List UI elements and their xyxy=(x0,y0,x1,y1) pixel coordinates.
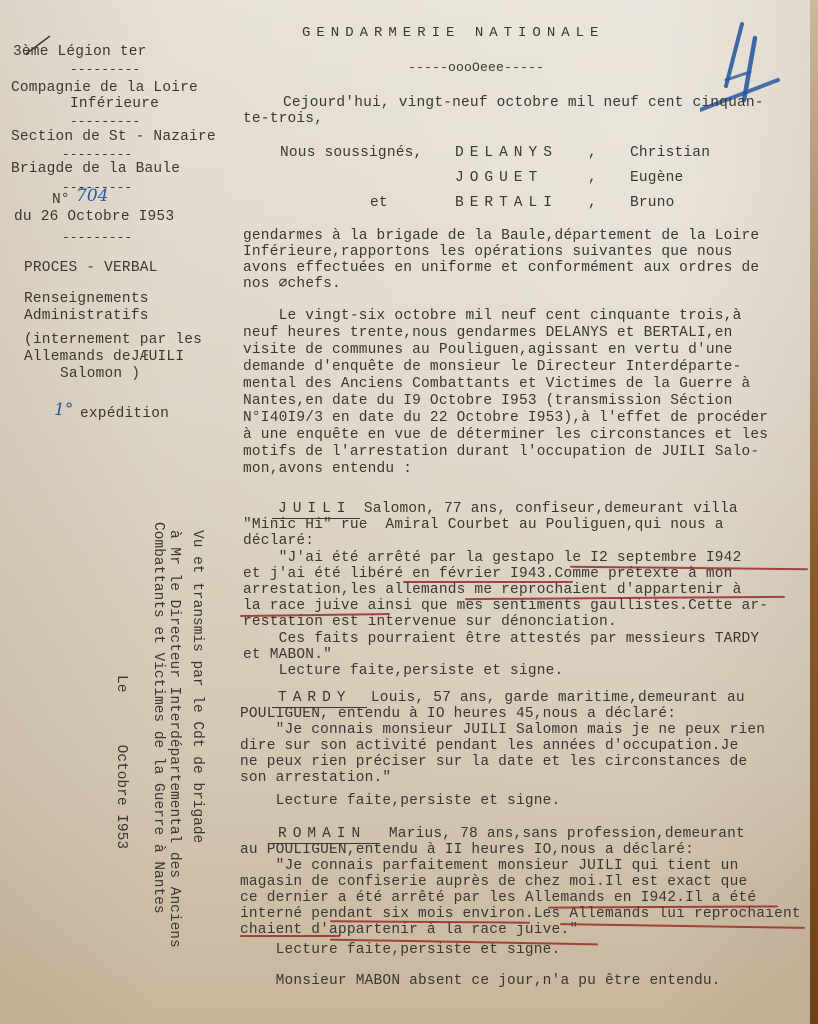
brigade-label: Briagde de la Baule xyxy=(11,161,180,178)
gendarmerie-title: GENDARMERIE NATIONALE xyxy=(302,25,604,42)
testimony-line: POULIGUEN, entendu à IO heures 45,nous a… xyxy=(240,706,676,723)
testimony-line: "Je connais parfaitement monsieur JUILI … xyxy=(240,858,738,875)
testimony-line: son arrestation." xyxy=(240,770,391,787)
compagnie-line1: Compagnie de la Loire xyxy=(11,80,198,97)
testimony-line: ce dernier a été arrêté par les Allemand… xyxy=(240,890,756,907)
closing-line: Monsieur MABON absent ce jour,n'a pu êtr… xyxy=(240,973,721,990)
comma: , xyxy=(588,145,597,162)
section-label: Section de St - Nazaire xyxy=(11,129,216,146)
testimony-line: déclaré: xyxy=(243,533,314,550)
witness-surname: JUILI xyxy=(278,501,352,518)
expedition-label: expédition xyxy=(80,406,169,423)
testimony-line: Marius, 78 ans,sans profession,demeurant xyxy=(380,826,745,843)
testimony-line: Louis, 57 ans, garde maritime,demeurant … xyxy=(362,690,745,707)
paragraph-line: nos ∅chefs. xyxy=(243,276,341,293)
intro-line1: Cejourd'hui, vingt-neuf octobre mil neuf… xyxy=(283,95,764,112)
transmission-note-line2: à Mr le Directeur Interdépartemental des… xyxy=(165,530,182,948)
paragraph-line: neuf heures trente,nous gendarmes DELANY… xyxy=(243,325,733,342)
testimony-line: Lecture faite,persiste et signe. xyxy=(240,942,560,959)
red-underline xyxy=(403,581,573,583)
comma: , xyxy=(588,170,597,187)
paragraph-line: N°I40I9/3 en date du 22 Octobre I953),à … xyxy=(243,410,768,427)
signatory-surname: DELANYS xyxy=(455,145,558,162)
testimony-line: et MABON." xyxy=(243,647,332,664)
testimony-line: "Je connais monsieur JUILI Salomon mais … xyxy=(240,722,765,739)
signatory-surname: JOGUET xyxy=(455,170,543,187)
legion-strike-mark xyxy=(22,34,52,56)
witness-surname: ROMAIN xyxy=(278,826,366,843)
testimony-line: Lecture faite,persiste et signe. xyxy=(240,793,560,810)
paragraph-line: Le vingt-six octobre mil neuf cent cinqu… xyxy=(243,308,741,325)
subject-line1: Renseignements xyxy=(24,291,149,308)
paragraph-line: demande d'enquête de monsieur le Directe… xyxy=(243,359,741,376)
red-underline xyxy=(560,923,805,928)
paragraph-line: Inférieure,rapportons les opérations sui… xyxy=(243,244,733,261)
paragraph-line: Nantes,en date du I9 Octobre I953 (trans… xyxy=(243,393,733,410)
transmission-note-line3: Combattants et Victimes de la Guerre à N… xyxy=(149,522,166,914)
testimony-line: Salomon, 77 ans, confiseur,demeurant vil… xyxy=(355,501,738,518)
signatory-firstname: Christian xyxy=(630,145,710,162)
paragraph-line: visite de communes au Pouliguen,agissant… xyxy=(243,342,733,359)
page-edge xyxy=(810,0,818,1024)
compagnie-line2: Inférieure xyxy=(70,96,159,113)
paragraph-line: motifs de l'arrestation durant l'occupat… xyxy=(243,444,759,461)
paragraph-line: mon,avons entendu : xyxy=(243,461,412,478)
divider: --------- xyxy=(70,62,140,79)
testimony-line: la race juive ainsi que mes sentiments g… xyxy=(243,598,768,615)
witness-surname: TARDY xyxy=(278,690,352,707)
signatory-firstname: Bruno xyxy=(630,195,675,212)
testimony-line: ne peux rien préciser sur la date et les… xyxy=(240,754,747,771)
expedition-handwritten: 1° xyxy=(54,400,73,420)
comma: , xyxy=(588,195,597,212)
testimony-line: dire sur son activité pendant les années… xyxy=(240,738,738,755)
testimony-line: "J'ai été arrêté par la gestapo le I2 se… xyxy=(243,550,741,567)
testimony-line: Lecture faite,persiste et signe. xyxy=(243,663,563,680)
signatory-firstname: Eugène xyxy=(630,170,683,187)
red-underline xyxy=(240,935,340,937)
procès-date: du 26 Octobre I953 xyxy=(14,209,174,226)
paragraph-line: avons effectuées en uniforme et conformé… xyxy=(243,260,759,277)
testimony-line: "Minic Hi" rue Amiral Courbet au Pouligu… xyxy=(243,517,724,534)
detail-line3: Salomon ) xyxy=(60,366,140,383)
testimony-line: magasin de confiserie auprès de chez moi… xyxy=(240,874,747,891)
proces-verbal-title: PROCES - VERBAL xyxy=(24,260,158,277)
transmission-note-line1: Vu et transmis par le Cdt de brigade xyxy=(188,530,205,843)
testimony-line: au POULIGUEN,entendu à II heures IO,nous… xyxy=(240,842,694,859)
ornament-divider: -----oooOeee----- xyxy=(408,60,544,77)
signatory-surname: BERTALI xyxy=(455,195,558,212)
divider: --------- xyxy=(62,230,132,247)
paragraph-line: mental des Anciens Combattants et Victim… xyxy=(243,376,750,393)
and-label: et xyxy=(370,195,388,212)
paragraph-line: à une enquête en vue de déterminer les c… xyxy=(243,427,768,444)
intro-line2: te-trois, xyxy=(243,111,323,128)
subject-line2: Administratifs xyxy=(24,308,149,325)
numero-label: N° xyxy=(52,192,70,209)
testimony-line: Ces faits pourraient être attestés par m… xyxy=(243,631,759,648)
signatories-label: Nous soussignés, xyxy=(280,145,422,162)
detail-line2: Allemands deJÆUILI xyxy=(24,349,184,366)
detail-line1: (internement par les xyxy=(24,332,202,349)
testimony-line: restation est intervenue sur dénonciatio… xyxy=(243,614,617,631)
numero-handwritten: 704 xyxy=(76,186,108,206)
transmission-note-date: Le Octobre I953 xyxy=(112,675,129,849)
testimony-line: interné pendant six mois environ.Les All… xyxy=(240,906,801,923)
paragraph-line: gendarmes à la brigade de la Baule,dépar… xyxy=(243,228,759,245)
